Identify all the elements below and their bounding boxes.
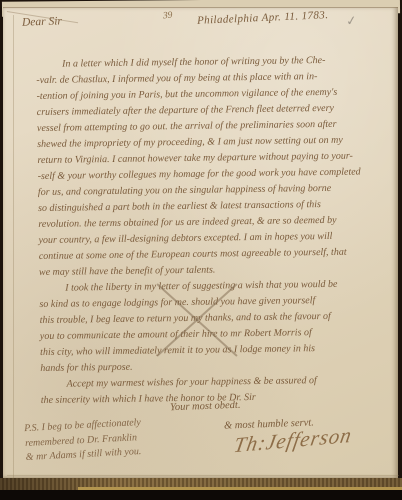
page-crease-vertical xyxy=(13,15,14,485)
postscript: P.S. I beg to be affectionately remember… xyxy=(24,416,143,466)
photo-bottom-border xyxy=(0,490,402,500)
checkmark-annotation: ✓ xyxy=(345,12,358,29)
photograph-of-letter: Dear Sir 39 Philadelphia Apr. 11. 1783. … xyxy=(0,0,402,500)
page-crease-horizontal xyxy=(7,475,399,476)
salutation: Dear Sir xyxy=(22,15,62,28)
cross-mark-annotation xyxy=(156,282,238,358)
page-number: 39 xyxy=(163,11,173,22)
